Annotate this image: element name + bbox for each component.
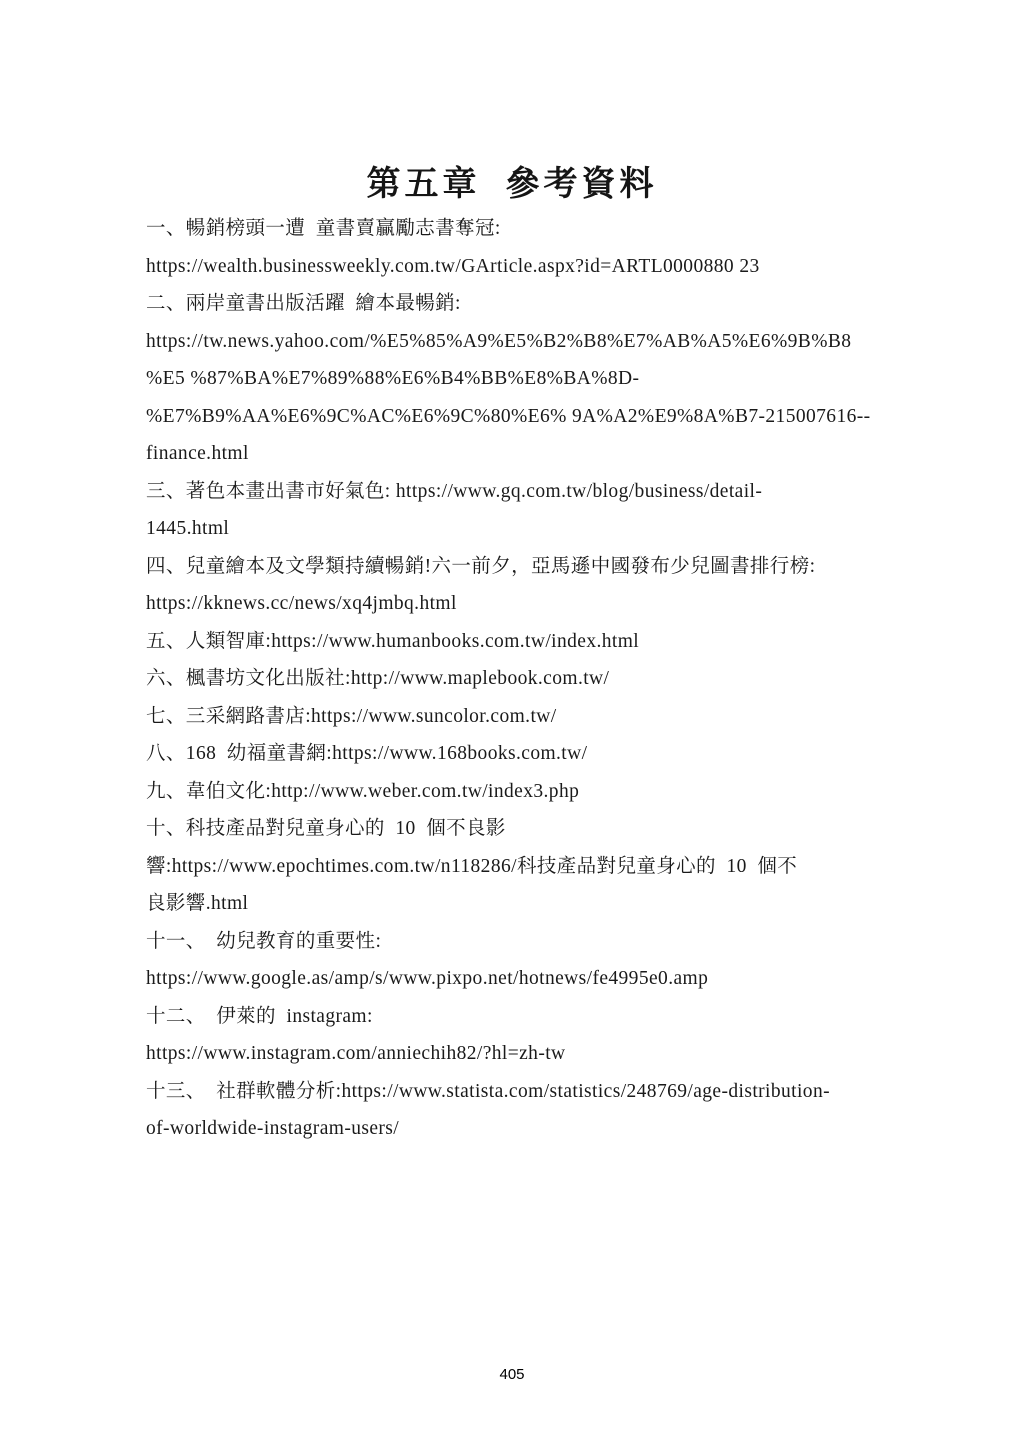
- reference-list: 一、暢銷榜頭一遭 童書賣贏勵志書奪冠: https://wealth.busin…: [146, 210, 888, 1148]
- reference-line: 三、著色本畫出書市好氣色: https://www.gq.com.tw/blog…: [146, 473, 888, 511]
- reference-line: of-worldwide-instagram-users/: [146, 1110, 888, 1148]
- reference-line: 五、人類智庫:https://www.humanbooks.com.tw/ind…: [146, 623, 888, 661]
- reference-line: %E7%B9%AA%E6%9C%AC%E6%9C%80%E6% 9A%A2%E9…: [146, 398, 888, 436]
- reference-line: 七、三采網路書店:https://www.suncolor.com.tw/: [146, 698, 888, 736]
- reference-line: 二、兩岸童書出版活躍 繪本最暢銷:: [146, 285, 888, 323]
- page-title: 第五章 參考資料: [0, 156, 1024, 205]
- reference-line: 一、暢銷榜頭一遭 童書賣贏勵志書奪冠:: [146, 210, 888, 248]
- reference-line: 八、168 幼福童書網:https://www.168books.com.tw/: [146, 735, 888, 773]
- reference-line: https://wealth.businessweekly.com.tw/GAr…: [146, 248, 888, 286]
- reference-line: 十三、 社群軟體分析:https://www.statista.com/stat…: [146, 1073, 888, 1111]
- reference-line: 十一、 幼兒教育的重要性:: [146, 923, 888, 961]
- page-number: 405: [0, 1366, 1024, 1383]
- document-page: 第五章 參考資料 一、暢銷榜頭一遭 童書賣贏勵志書奪冠: https://wea…: [0, 0, 1024, 1448]
- reference-line: %E5 %87%BA%E7%89%88%E6%B4%BB%E8%BA%8D-: [146, 360, 888, 398]
- reference-line: 四、兒童繪本及文學類持續暢銷!六一前夕，亞馬遜中國發布少兒圖書排行榜:: [146, 548, 888, 586]
- reference-line: 十、科技產品對兒童身心的 10 個不良影: [146, 810, 888, 848]
- reference-line: https://www.instagram.com/anniechih82/?h…: [146, 1035, 888, 1073]
- reference-line: https://tw.news.yahoo.com/%E5%85%A9%E5%B…: [146, 323, 888, 361]
- reference-line: 九、韋伯文化:http://www.weber.com.tw/index3.ph…: [146, 773, 888, 811]
- reference-line: 1445.html: [146, 510, 888, 548]
- reference-line: https://www.google.as/amp/s/www.pixpo.ne…: [146, 960, 888, 998]
- reference-line: 六、楓書坊文化出版社:http://www.maplebook.com.tw/: [146, 660, 888, 698]
- reference-line: 良影響.html: [146, 885, 888, 923]
- reference-line: 響:https://www.epochtimes.com.tw/n118286/…: [146, 848, 888, 886]
- reference-line: https://kknews.cc/news/xq4jmbq.html: [146, 585, 888, 623]
- reference-line: 十二、 伊萊的 instagram:: [146, 998, 888, 1036]
- reference-line: finance.html: [146, 435, 888, 473]
